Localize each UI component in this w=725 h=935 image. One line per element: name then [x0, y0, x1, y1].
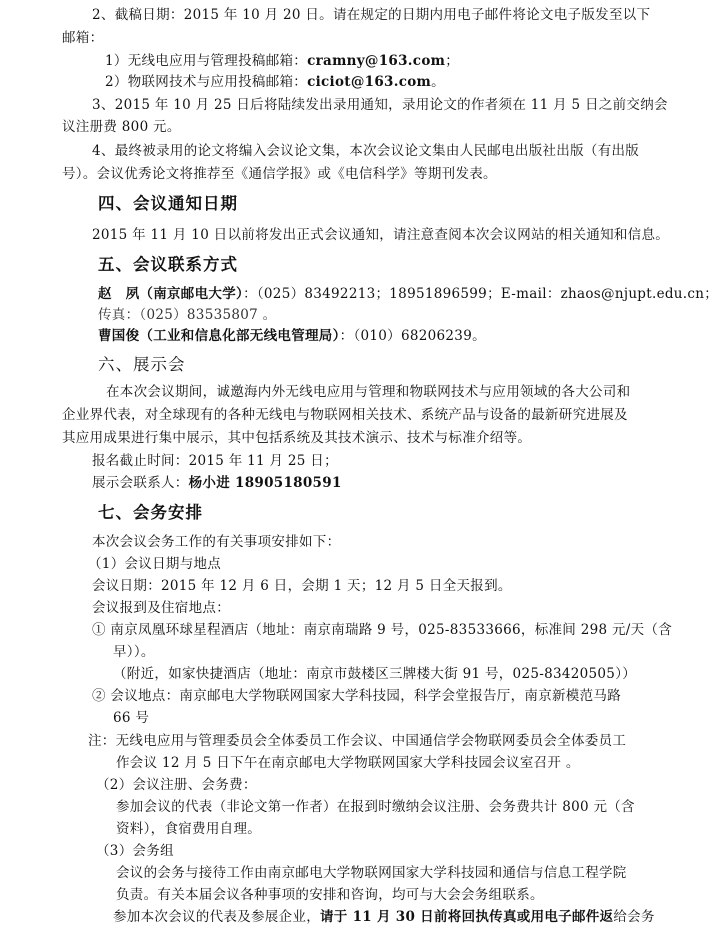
- group-line1: 会议的会务与接待工作由南京邮电大学物联网国家大学科技园和通信与信息工程学院: [116, 864, 627, 882]
- expo-para-line2: 企业界代表，对全球现有的各种无线电与物联网相关技术、系统产品与设备的最新研究进展…: [62, 406, 628, 424]
- contact-2-name: 曹国俊（工业和信息化部无线电管理局）: [98, 328, 340, 344]
- group-line2: 负责。有关本届会议各种事项的安排和咨询，均可与大会会务组联系。: [116, 886, 544, 904]
- section-4-text: 2015 年 11 月 10 日以前将发出正式会议通知，请注意查阅本次会议网站的…: [92, 226, 669, 244]
- s7-date-line: 会议日期：2015 年 12 月 6 日，会期 1 天；12 月 5 日全天报到…: [92, 577, 512, 595]
- note-line2: 作会议 12 月 5 日下午在南京邮电大学物联网国家大学科技园会议室召开 。: [116, 754, 580, 772]
- mailbox-2-email[interactable]: ciciot@163.com: [307, 74, 431, 90]
- hotel-1-line2: 早））。: [113, 643, 155, 661]
- venue-2-line1: ② 会议地点：南京邮电大学物联网国家大学科技园，科学会堂报告厅，南京新模范马路: [92, 687, 621, 705]
- item3-line1: 3、2015 年 10 月 25 日后将陆续发出录用通知，录用论文的作者须在 1…: [92, 96, 668, 114]
- contact-2: 曹国俊（工业和信息化部无线电管理局）：（010）68206239。: [98, 327, 486, 345]
- punct: ；: [445, 53, 459, 69]
- mailbox-2-label: 2）物联网技术与应用投稿邮箱：: [105, 74, 307, 90]
- mailbox-1: 1）无线电应用与管理投稿邮箱：cramny@163.com；: [105, 52, 459, 70]
- contact-1-info: ：（025）83492213；18951896599；E-mail：zhaos@…: [243, 286, 718, 302]
- note-line1: 注：无线电应用与管理委员会全体委员工作会议、中国通信学会物联网委员会全体委员工: [88, 732, 626, 750]
- expo-contact: 展示会联系人：杨小进 18905180591: [92, 474, 342, 492]
- venue-2-line2: 66 号: [113, 709, 149, 727]
- expo-para-line1: 在本次会议期间，诚邀海内外无线电应用与管理和物联网技术与应用领域的各大公司和: [106, 383, 630, 401]
- expo-deadline: 报名截止时间：2015 年 11 月 25 日；: [92, 452, 338, 470]
- contact-1-fax: 传真：（025）83535807 。: [98, 306, 276, 324]
- item3-line2: 议注册费 800 元。: [62, 118, 181, 136]
- mailbox-2: 2）物联网技术与应用投稿邮箱：ciciot@163.com。: [105, 73, 445, 91]
- contact-1-name: 赵 夙（南京邮电大学）: [98, 286, 243, 302]
- item4-line1: 4、最终被录用的论文将编入会议论文集，本次会议论文集由人民邮电出版社出版（有出版: [92, 142, 639, 160]
- contact-2-info: ：（010）68206239。: [340, 328, 486, 344]
- s7-sub3-title: （3）会务组: [96, 842, 174, 860]
- s7-sub2-title: （2）会议注册、会务费：: [96, 776, 257, 794]
- section-6-title: 六、展示会: [98, 355, 186, 375]
- item2-line2: 邮箱：: [62, 29, 103, 47]
- contact-1: 赵 夙（南京邮电大学）：（025）83492213；18951896599；E-…: [98, 285, 718, 303]
- fee-line1: 参加会议的代表（非论文第一作者）在报到时缴纳会议注册、会务费共计 800 元（含: [116, 798, 635, 816]
- mailbox-1-label: 1）无线电应用与管理投稿邮箱：: [105, 53, 307, 69]
- item2-line1: 2、截稿日期：2015 年 10 月 20 日。请在规定的日期内用电子邮件将论文…: [92, 6, 650, 24]
- last-line-bold: 请于 11 月 30 日前将回执传真或用电子邮件返: [320, 909, 613, 925]
- hotel-2: （附近，如家快捷酒店（地址：南京市鼓楼区三牌楼大街 91 号，025-83420…: [113, 665, 636, 683]
- last-line: 参加本次会议的代表及参展企业，请于 11 月 30 日前将回执传真或用电子邮件返…: [113, 908, 655, 926]
- last-line-suffix: 给会务: [613, 909, 654, 925]
- s7-intro: 本次会议会务工作的有关事项安排如下：: [92, 533, 340, 551]
- last-line-prefix: 参加本次会议的代表及参展企业，: [113, 909, 320, 925]
- s7-sub1-title: （1）会议日期与地点: [88, 555, 221, 573]
- punct: 。: [431, 74, 445, 90]
- expo-contact-label: 展示会联系人：: [92, 475, 189, 491]
- mailbox-1-email[interactable]: cramny@163.com: [307, 53, 445, 69]
- s7-venue-label: 会议报到及住宿地点：: [92, 599, 230, 617]
- item4-line2: 号）。会议优秀论文将推荐至《通信学报》或《电信科学》等期刊发表。: [62, 165, 497, 183]
- section-7-title: 七、会务安排: [98, 503, 203, 523]
- expo-contact-value: 杨小进 18905180591: [189, 475, 342, 491]
- section-5-title: 五、会议联系方式: [98, 255, 238, 275]
- hotel-1-line1: ① 南京凤凰环球星程酒店（地址：南京南瑞路 9 号，025-83533666，标…: [92, 621, 672, 639]
- fee-line2: 资料），食宿费用自理。: [116, 820, 261, 838]
- section-4-title: 四、会议通知日期: [98, 194, 238, 214]
- expo-para-line3: 其应用成果进行集中展示，其中包括系统及其技术演示、技术与标准介绍等。: [62, 429, 531, 447]
